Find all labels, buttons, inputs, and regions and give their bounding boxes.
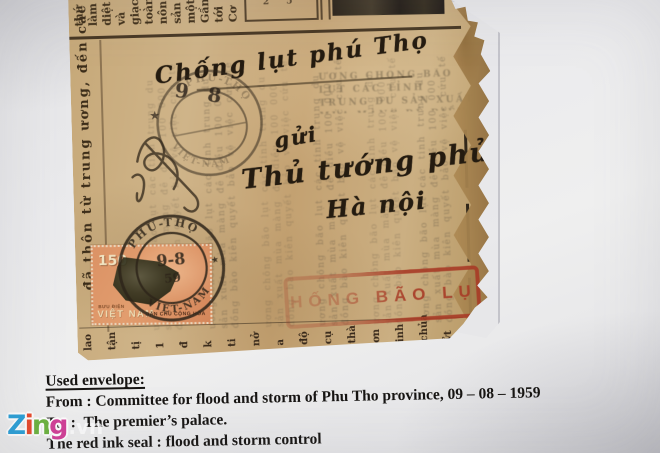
postmark-year: 59	[164, 270, 182, 286]
newsprint-word: a	[275, 335, 286, 345]
zing-letter: i	[25, 410, 32, 441]
zing-letter: g	[49, 410, 66, 441]
newsprint-word: inh	[395, 332, 406, 342]
zing-letter: n	[32, 410, 49, 441]
newsprint-page-number: 2 5	[263, 0, 300, 7]
newsprint-word: tới	[212, 9, 225, 22]
newsprint-word: giạc	[128, 11, 141, 24]
photograph-background: ương chống bão lụt các tỉnh trung du sản…	[0, 0, 660, 453]
red-seal-text: CHỐNG BÃO LỤT	[271, 280, 493, 314]
newsprint-word: toàn	[142, 11, 155, 24]
newsprint-word: sản	[170, 10, 183, 23]
newsprint-word: k	[203, 337, 214, 347]
newsprint-word: cụ	[323, 334, 334, 344]
postmark-star-icon: ★	[149, 108, 160, 122]
newsprint-page-bracket: 2 5	[244, 0, 319, 22]
newsprint-word: Gần	[198, 9, 211, 22]
newsprint-word: ơn	[371, 332, 382, 342]
postmark-date: 9-8	[155, 249, 186, 271]
newsprint-word: chủa	[419, 331, 430, 341]
newsprint-word: ti	[227, 336, 238, 346]
newsprint-word: tận	[107, 340, 118, 350]
newsprint-word: nôn	[156, 10, 169, 23]
newsprint-word: tị	[131, 339, 142, 349]
newsprint-word: ỷt	[443, 330, 454, 340]
newsprint-word: lao	[83, 340, 94, 350]
newsprint-photo-block	[332, 0, 444, 16]
newsprint-word: thà	[347, 333, 358, 343]
newsprint-showthrough-caps: ương chống bão lụt các tỉnh trung du sản…	[318, 67, 479, 113]
newsprint-word: độ	[299, 334, 310, 344]
used-envelope: ương chống bão lụt các tỉnh trung du sản…	[68, 0, 504, 365]
postmark-star-icon: ★	[210, 254, 220, 266]
newsprint-column-bars	[320, 0, 331, 20]
zing-letter: Z	[7, 410, 25, 441]
newsprint-word: Cơ	[226, 9, 239, 22]
newsprint-word: và	[114, 12, 127, 25]
newsprint-word: đ	[179, 338, 190, 348]
newsprint-word: nở	[251, 336, 262, 346]
newsprint-word: 1	[155, 338, 166, 348]
zing-watermark: Zing.vn	[7, 410, 103, 441]
newsprint-word: diệt	[100, 12, 113, 25]
newsprint-word: một	[184, 10, 197, 23]
zing-suffix: .vn	[68, 415, 103, 439]
caption: Used envelope: From : Committee for floo…	[45, 361, 541, 453]
